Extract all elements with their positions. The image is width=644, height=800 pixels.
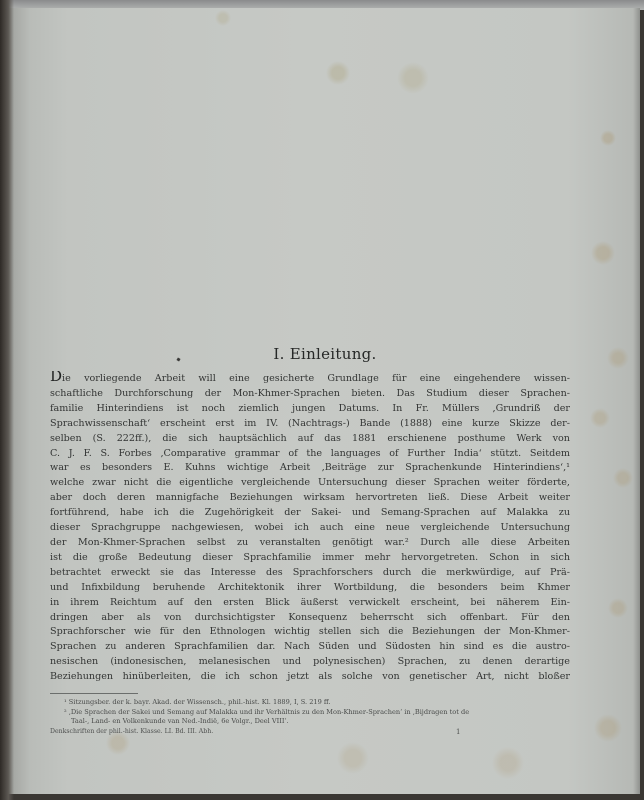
body-line: in ihrem Reichtum auf den ersten Blick ä… — [50, 596, 570, 611]
page-content: I. Einleitung. Die vorliegende Arbeit wi… — [50, 345, 570, 738]
series-signature: Denkschriften der phil.-hist. Klasse. LI… — [50, 728, 213, 735]
body-line: Sprachforscher wie für den Ethnologen wi… — [50, 625, 570, 640]
body-line: Beziehungen hinüberleiten, die ich schon… — [50, 670, 570, 685]
body-line: der Mon-Khmer-Sprachen selbst zu veranst… — [50, 536, 570, 551]
body-line: fortführend, habe ich die Zugehörigkeit … — [50, 506, 570, 521]
body-line: und Infixbildung beruhende Architektonik… — [50, 581, 570, 596]
book-binding-shadow — [0, 0, 14, 800]
body-line: aber doch deren mannigfache Beziehungen … — [50, 491, 570, 506]
body-line: Sprachwissenschaft‘ erscheint erst im IV… — [50, 417, 570, 432]
body-line: C. J. F. S. Forbes ‚Comparative grammar … — [50, 447, 570, 462]
body-line: Die vorliegende Arbeit will eine gesiche… — [50, 371, 570, 387]
footnote-1: ¹ Sitzungsber. der k. bayr. Akad. der Wi… — [50, 698, 570, 708]
footnote-text: ‚Die Sprachen der Sakei und Semang auf M… — [69, 708, 469, 716]
footnote-2: ² ‚Die Sprachen der Sakei und Semang auf… — [50, 708, 570, 727]
chapter-title: I. Einleitung. — [50, 345, 570, 363]
body-line: welche zwar nicht die eigentliche vergle… — [50, 476, 570, 491]
drop-cap: D — [50, 371, 62, 385]
body-line: familie Hinterindiens ist noch ziemlich … — [50, 402, 570, 417]
footnote-marker: ² — [64, 708, 67, 716]
page-number: 1 — [456, 728, 460, 736]
body-line: ist die große Bedeutung dieser Sprachfam… — [50, 551, 570, 566]
page-footer: Denkschriften der phil.-hist. Klasse. LI… — [50, 728, 570, 738]
footnote-continuation: Taal-, Land- en Volkenkunde van Ned.-Ind… — [64, 717, 570, 727]
body-line: dringen aber als von durchsichtigster Ko… — [50, 611, 570, 626]
footnote-text: Sitzungsber. der k. bayr. Akad. der Wiss… — [69, 698, 331, 706]
body-line: Sprachen zu anderen Sprachfamilien dar. … — [50, 640, 570, 655]
body-line: dieser Sprachgruppe nachgewiesen, wobei … — [50, 521, 570, 536]
body-line: nesischen (indonesischen, melanesischen … — [50, 655, 570, 670]
body-line: selben (S. 222ff.), die sich hauptsächli… — [50, 432, 570, 447]
footnote-divider — [50, 693, 138, 694]
body-line: betrachtet erweckt sie das Interesse des… — [50, 566, 570, 581]
body-paragraph: Die vorliegende Arbeit will eine gesiche… — [50, 371, 570, 685]
body-line: schaftliche Durchforschung der Mon-Khmer… — [50, 387, 570, 402]
footnote-marker: ¹ — [64, 698, 67, 706]
body-line: war es besonders E. Kuhns wichtige Arbei… — [50, 461, 570, 476]
